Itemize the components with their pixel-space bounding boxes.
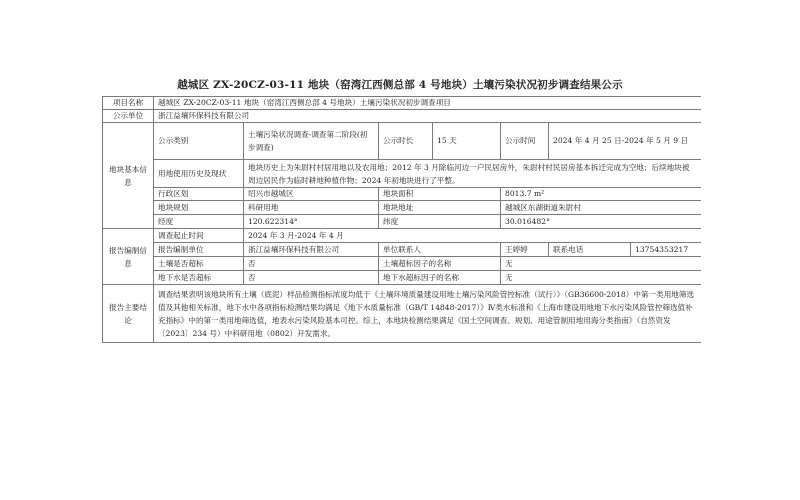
latitude-label: 纬度 [379,215,501,229]
row-gw-exceed: 地下水是否超标 否 地下水超标因子的名称 无 [103,271,701,285]
duration-label: 公示时长 [379,123,433,160]
publisher-label: 公示单位 [103,110,154,123]
gw-factor-label: 地下水超标因子的名称 [379,271,501,285]
gw-factor-value: 无 [501,271,701,285]
soil-factor-label: 土壤超标因子的名称 [379,257,501,271]
longitude-label: 经度 [154,215,244,229]
survey-period-label: 调查起止时间 [154,229,244,243]
district-label: 行政区划 [154,188,244,201]
notice-table: 项目名称 越城区 ZX-20CZ-03-11 地块（窑湾江西侧总部 4 号地块）… [102,96,701,343]
report-info-section-label: 报告编制信息 [103,229,154,285]
soil-exceed-label: 土壤是否超标 [154,257,244,271]
longitude-value: 120.622314° [244,215,379,229]
planning-value: 科研用地 [244,201,379,215]
conclusion-value: 调查结果表明该地块所有土壤（底泥）样品检测指标浓度均低于《土壤环境质量建设用地土… [154,285,701,343]
survey-period-value: 2024 年 3 月-2024 年 4 月 [244,229,701,243]
compiler-label: 报告编制单位 [154,243,244,257]
period-label: 公示时间 [501,123,549,160]
row-conclusion: 报告主要结论 调查结果表明该地块所有土壤（底泥）样品检测指标浓度均低于《土壤环境… [103,285,701,343]
phone-value: 13754353217 [631,243,701,257]
phone-label: 联系电话 [549,243,631,257]
row-history: 用地使用历史及现状 地块历史上为朱尉村村居用地以及农用地；2012 年 3 月除… [103,160,701,188]
history-value: 地块历史上为朱尉村村居用地以及农用地；2012 年 3 月除临河边一户民居房外，… [244,160,701,188]
latitude-value: 30.016482° [501,215,701,229]
period-value: 2024 年 4 月 25 日-2024 年 5 月 9 日 [549,123,701,160]
gw-exceed-label: 地下水是否超标 [154,271,244,285]
row-category: 地块基本信息 公示类别 土壤污染状况调查-调查第二阶段(初步调查) 公示时长 1… [103,123,701,160]
history-label: 用地使用历史及现状 [154,160,244,188]
site-info-section-label: 地块基本信息 [103,123,154,229]
row-district: 行政区划 绍兴市越城区 地块面积 8013.7 m² [103,188,701,201]
address-value: 越城区东湖街道朱尉村 [501,201,701,215]
soil-factor-value: 无 [501,257,701,271]
area-label: 地块面积 [379,188,501,201]
compiler-value: 浙江益壤环保科技有限公司 [244,243,379,257]
duration-value: 15 天 [433,123,501,160]
page-title: 越城区 ZX-20CZ-03-11 地块（窑湾江西侧总部 4 号地块）土壤污染状… [0,77,800,92]
project-label: 项目名称 [103,97,154,110]
area-value: 8013.7 m² [501,188,701,201]
address-label: 地块地址 [379,201,501,215]
row-soil-exceed: 土壤是否超标 否 土壤超标因子的名称 无 [103,257,701,271]
category-label: 公示类别 [154,123,244,160]
row-publisher: 公示单位 浙江益壤环保科技有限公司 [103,110,701,123]
soil-exceed-value: 否 [244,257,379,271]
row-planning: 地块规划 科研用地 地块地址 越城区东湖街道朱尉村 [103,201,701,215]
gw-exceed-value: 否 [244,271,379,285]
category-value: 土壤污染状况调查-调查第二阶段(初步调查) [244,123,379,160]
planning-label: 地块规划 [154,201,244,215]
row-coordinates: 经度 120.622314° 纬度 30.016482° [103,215,701,229]
publisher-value: 浙江益壤环保科技有限公司 [154,110,701,123]
contact-value: 王婷婷 [501,243,549,257]
contact-label: 单位联系人 [379,243,501,257]
project-value: 越城区 ZX-20CZ-03-11 地块（窑湾江西侧总部 4 号地块）土壤污染状… [154,97,701,110]
conclusion-section-label: 报告主要结论 [103,285,154,343]
row-compiler: 报告编制单位 浙江益壤环保科技有限公司 单位联系人 王婷婷 联系电话 13754… [103,243,701,257]
district-value: 绍兴市越城区 [244,188,379,201]
row-survey-period: 报告编制信息 调查起止时间 2024 年 3 月-2024 年 4 月 [103,229,701,243]
row-project: 项目名称 越城区 ZX-20CZ-03-11 地块（窑湾江西侧总部 4 号地块）… [103,97,701,110]
